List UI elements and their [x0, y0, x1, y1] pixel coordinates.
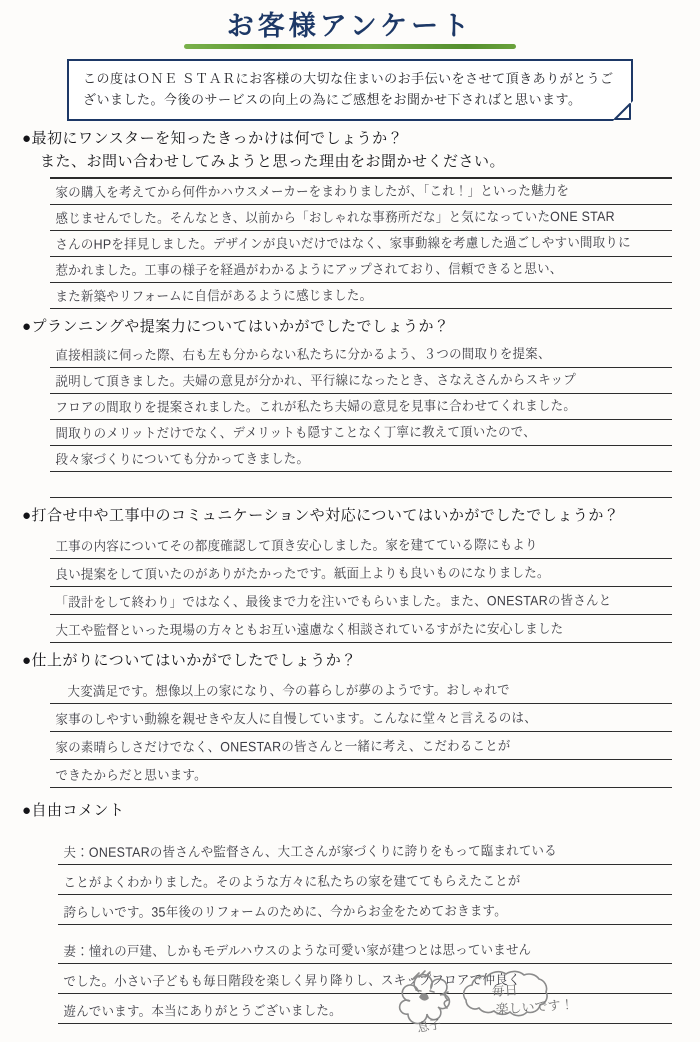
- answer-line: 良い提案をして頂いたのがありがたかったです。紙面上よりも良いものになりました。: [50, 559, 672, 587]
- answer-line: 夫：ONESTARの皆さんや監督さん、大工さんが家づくりに誇りをもって臨まれてい…: [58, 835, 672, 865]
- speech-text-line1: 毎日: [491, 982, 518, 999]
- answer-line: 家の素晴らしさだけでなく、ONESTARの皆さんと一緒に考え、こだわることが: [50, 732, 672, 760]
- son-doodle: 毎日 楽しいです！ 息子: [396, 966, 596, 1040]
- question-3-answer-area: 工事の内容についてその都度確認して頂き安心しました。家を建てている際にもより 良…: [50, 531, 672, 643]
- question-4-heading: ●仕上がりについてはいかがでしたでしょうか？: [22, 650, 700, 671]
- answer-line: 間取りのメリットだけでなく、デメリットも隠すことなく丁寧に教えて頂いたので、: [50, 420, 672, 446]
- answer-line: 説明して頂きました。夫婦の意見が分かれ、平行線になったとき、さなえさんからスキッ…: [50, 368, 672, 394]
- husband-comment-area: 夫：ONESTARの皆さんや監督さん、大工さんが家づくりに誇りをもって臨まれてい…: [58, 835, 672, 925]
- title-underline-brush: [184, 44, 516, 49]
- question-1-subheading: また、お問い合わせしてみようと思った理由をお聞かせください。: [40, 151, 700, 172]
- answer-line: また新築やリフォームに自信があるように感じました。: [50, 283, 672, 309]
- answer-line: 誇らしいです。35年後のリフォームのために、今からお金をためておきます。: [58, 895, 672, 925]
- answer-line: 妻：憧れの戸建、しかもモデルハウスのような可愛い家が建つとは思っていません: [58, 934, 672, 964]
- answer-line: 大工や監督といった現場の方々ともお互い遠慮なく相談されているすがたに安心しました: [50, 615, 672, 643]
- answer-line: 直接相談に伺った際、右も左も分からない私たちに分かるよう、３つの間取りを提案、: [50, 342, 672, 368]
- folded-corner-icon: [613, 101, 633, 121]
- answer-line-blank: [50, 472, 672, 498]
- speech-text-line2: 楽しいです！: [495, 997, 574, 1017]
- answer-line: フロアの間取りを提案されました。これが私たち夫婦の意見を見事に合わせてくれました…: [50, 394, 672, 420]
- answer-line: 「設計をして終わり」ではなく、最後まで力を注いでもらいました。また、ONESTA…: [50, 587, 672, 615]
- intro-text: この度はＯＮＥ ＳＴＡＲにお客様の大切な住まいのお手伝いをさせて頂きありがとうご…: [83, 71, 614, 107]
- answer-line: 家事のしやすい動線を親せきや友人に自慢しています。こんなに堂々と言えるのは、: [50, 704, 672, 732]
- page-title: お客様アンケート: [0, 0, 700, 43]
- answer-line: 工事の内容についてその都度確認して頂き安心しました。家を建てている際にもより: [50, 531, 672, 559]
- question-4-answer-area: 大変満足です。想像以上の家になり、今の暮らしが夢のようです。おしゃれで 家事のし…: [50, 676, 672, 788]
- question-1-answer-area: 家の購入を考えてから何件かハウスメーカーをまわりましたが、「これ！」といった魅力…: [50, 177, 672, 309]
- answer-line: できたからだと思います。: [50, 760, 672, 788]
- child-face-icon: [400, 971, 450, 1024]
- question-2-answer-area: 直接相談に伺った際、右も左も分からない私たちに分かるよう、３つの間取りを提案、 …: [50, 342, 672, 498]
- answer-line: 感じませんでした。そんなとき、以前から「おしゃれな事務所だな」と気になっていたO…: [50, 205, 672, 231]
- question-4-section: ●仕上がりについてはいかがでしたでしょうか？ 大変満足です。想像以上の家になり、…: [0, 650, 700, 788]
- answer-line: さんのHPを拝見しました。デザインが良いだけではなく、家事動線を考慮した過ごしや…: [50, 231, 672, 257]
- question-1-heading: ●最初にワンスターを知ったきっかけは何でしょうか？: [22, 128, 700, 149]
- question-2-section: ●プランニングや提案力についてはいかがでしたでしょうか？ 直接相談に伺った際、右…: [0, 316, 700, 498]
- answer-line: 大変満足です。想像以上の家になり、今の暮らしが夢のようです。おしゃれで: [50, 676, 672, 704]
- question-3-section: ●打合せ中や工事中のコミュニケーションや対応についてはいかがでしたでしょうか？ …: [0, 505, 700, 643]
- free-comment-heading: ●自由コメント: [22, 800, 700, 821]
- question-3-heading: ●打合せ中や工事中のコミュニケーションや対応についてはいかがでしたでしょうか？: [22, 505, 700, 526]
- answer-line: 家の購入を考えてから何件かハウスメーカーをまわりましたが、「これ！」といった魅力…: [50, 179, 672, 205]
- answer-line: 惹かれました。工事の様子を経過がわかるようにアップされており、信頼できると思い、: [50, 257, 672, 283]
- question-2-heading: ●プランニングや提案力についてはいかがでしたでしょうか？: [22, 316, 700, 337]
- question-1-section: ●最初にワンスターを知ったきっかけは何でしょうか？ また、お問い合わせしてみよう…: [0, 128, 700, 309]
- answer-line: 段々家づくりについても分かってきました。: [50, 446, 672, 472]
- answer-line: ことがよくわかりました。そのような方々に私たちの家を建ててもらえたことが: [58, 865, 672, 895]
- doodle-label-son: 息子: [416, 1017, 442, 1035]
- intro-note-box: この度はＯＮＥ ＳＴＡＲにお客様の大切な住まいのお手伝いをさせて頂きありがとうご…: [67, 59, 633, 121]
